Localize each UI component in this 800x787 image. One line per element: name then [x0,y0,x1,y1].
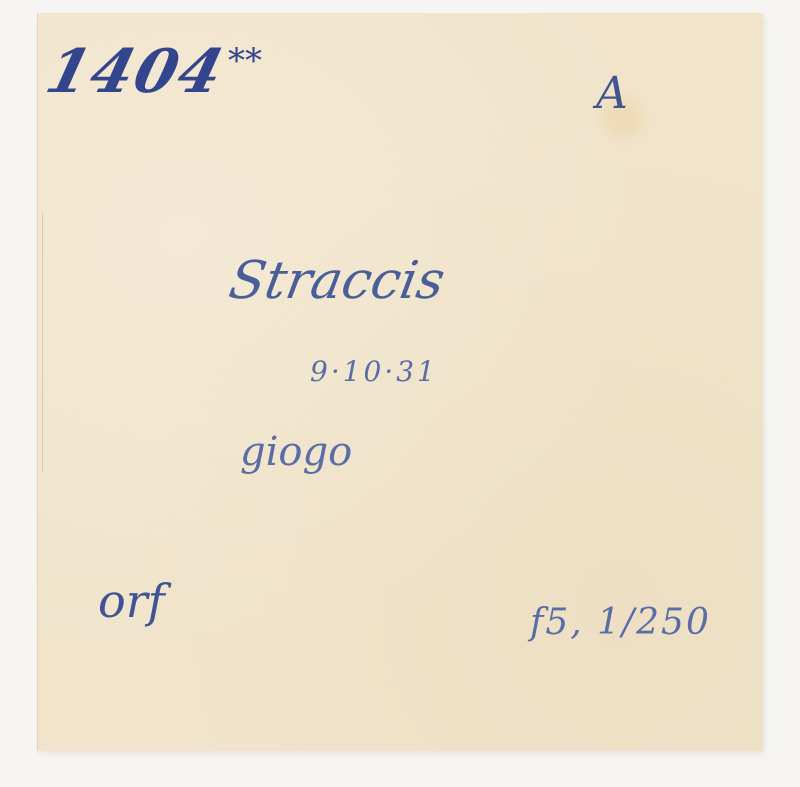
date-text: 9·10·31 [310,358,438,386]
initials-signature: orf [98,578,165,624]
subject-text: giogo [240,432,352,472]
exposure-settings: f5, 1/250 [530,605,711,641]
catalog-stars: ** [228,44,262,78]
paper-fold-line [42,213,43,473]
catalog-number: 1404 [41,42,231,102]
place-name: Straccis [225,255,448,307]
letter-mark: A [596,72,628,116]
